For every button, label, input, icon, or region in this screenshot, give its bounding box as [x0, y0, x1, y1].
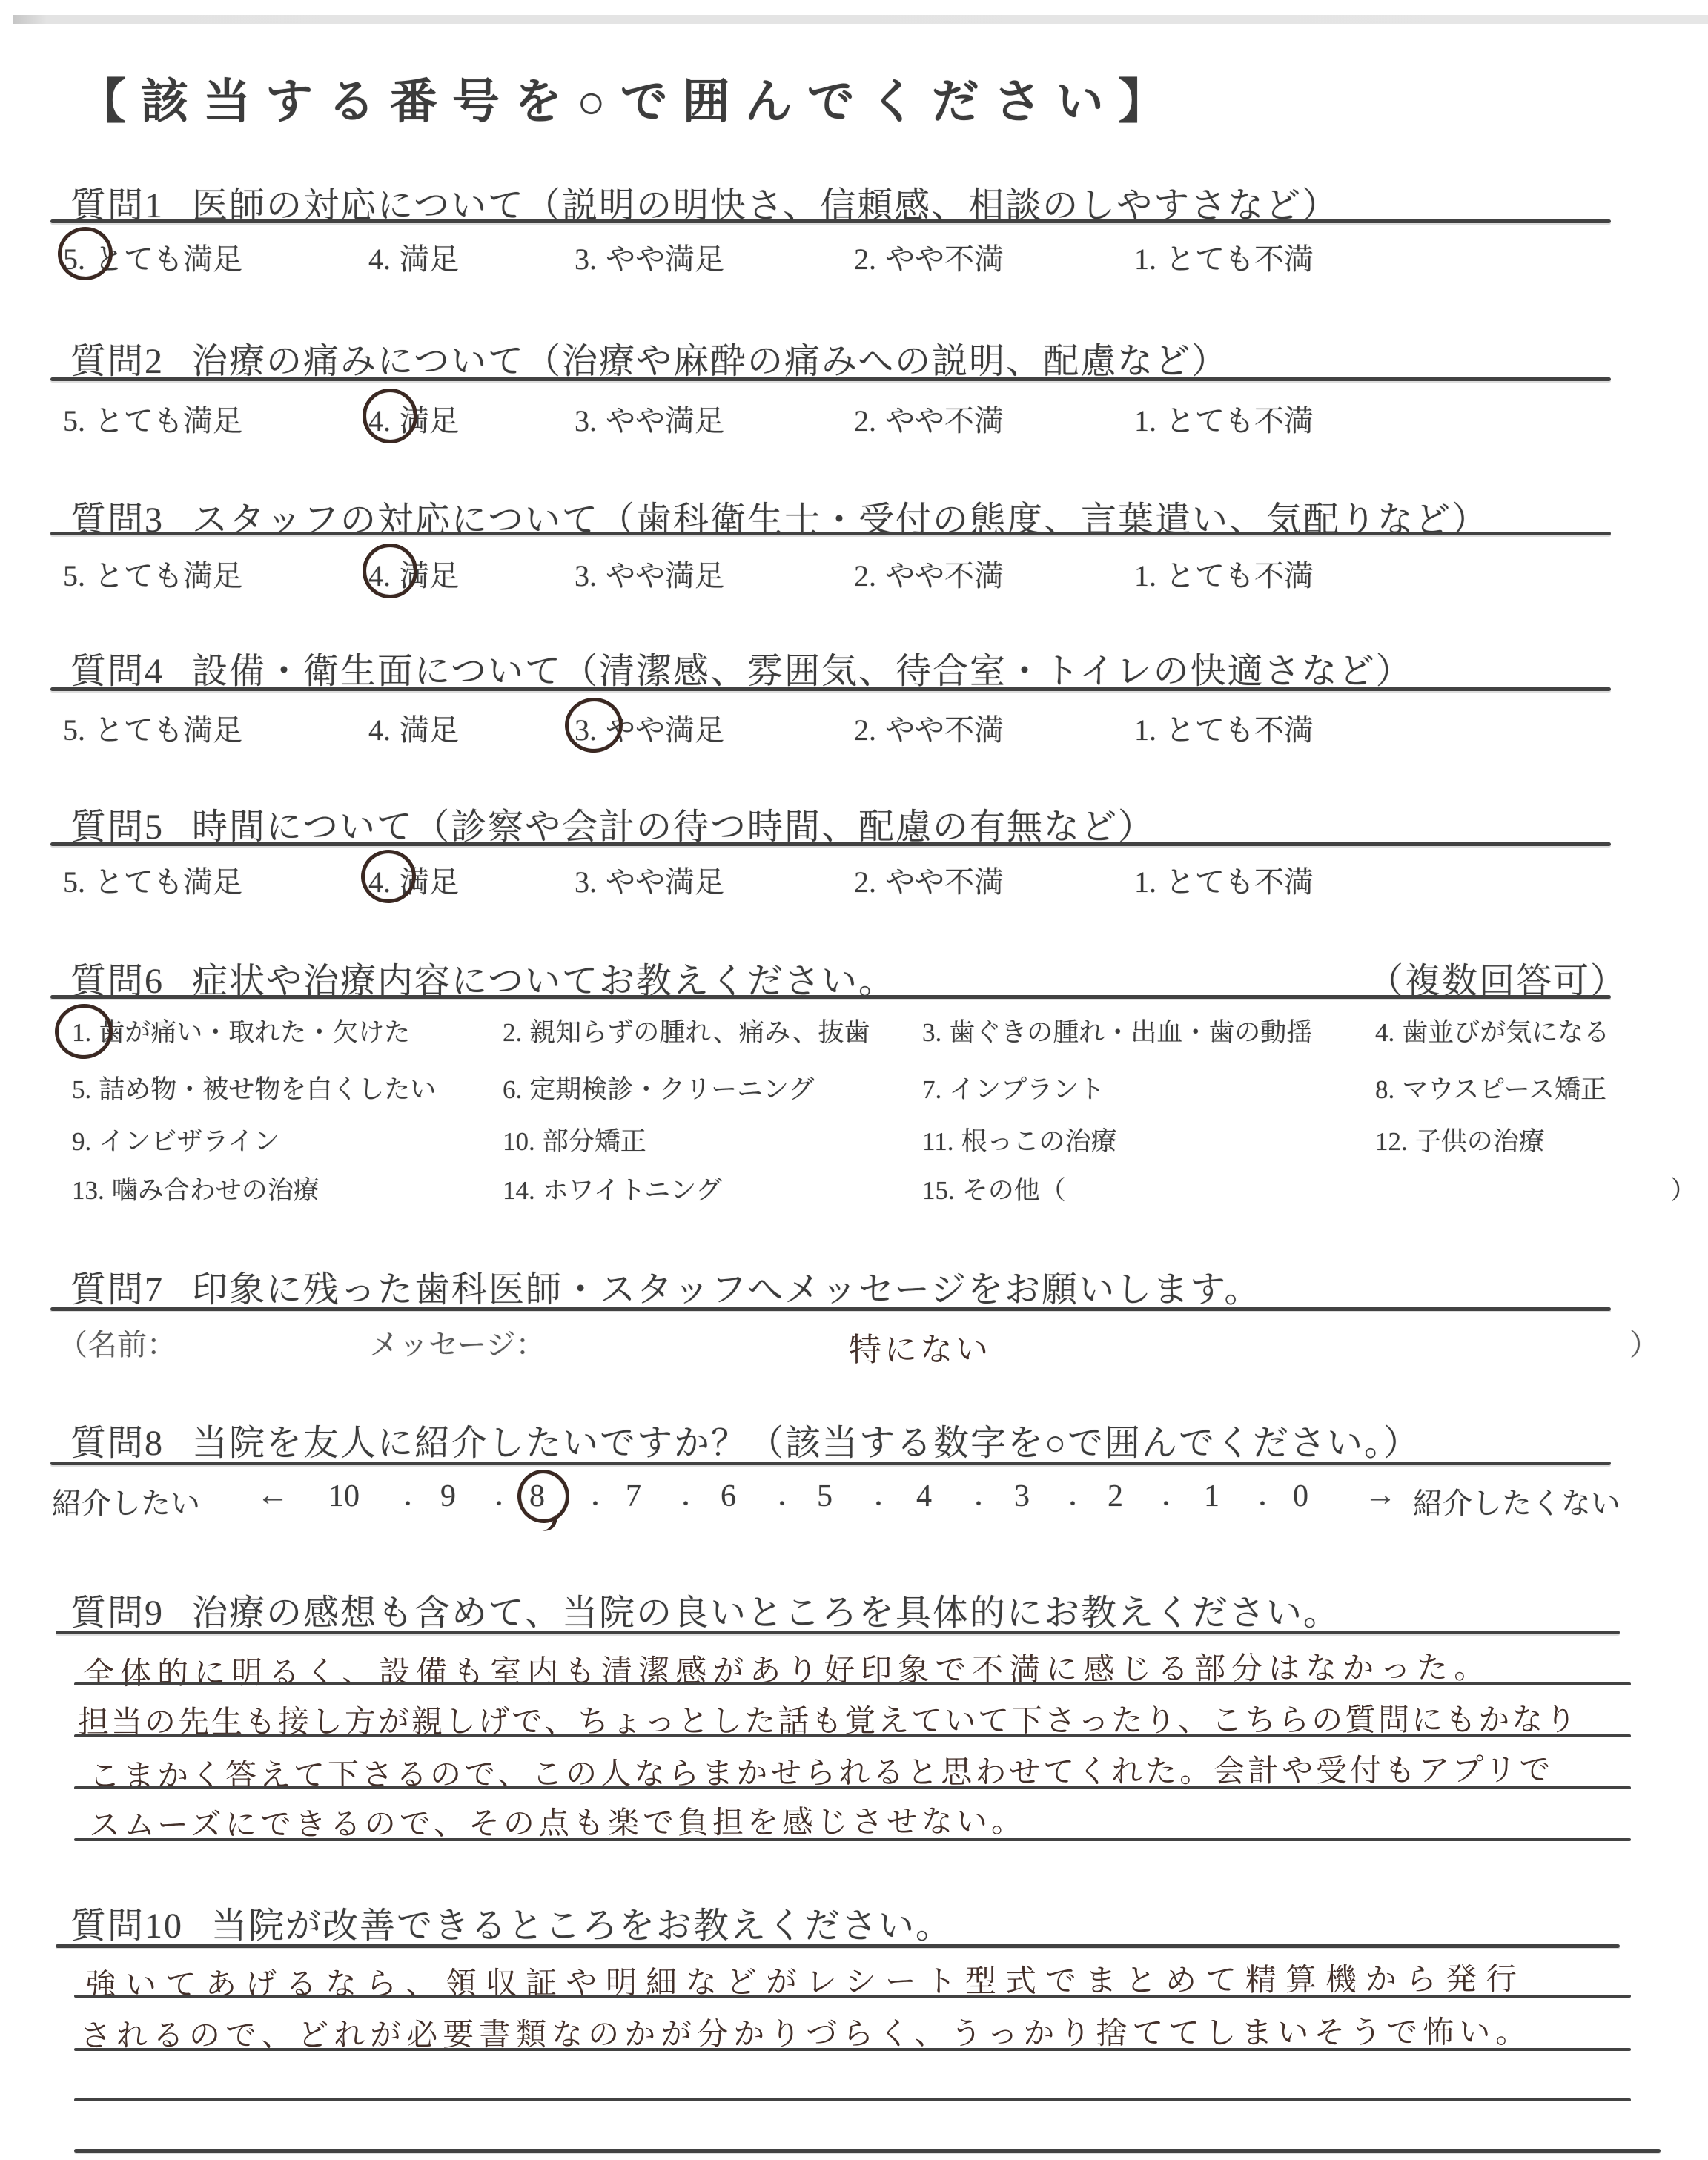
- item-number: 7.: [922, 1075, 941, 1104]
- option-number: 1.: [1134, 559, 1156, 592]
- question2-heading: 質問2治療の痛みについて（治療や麻酔の痛みへの説明、配慮など）: [70, 332, 1228, 383]
- q7-message-label: メッセージ：: [369, 1321, 546, 1364]
- writing-line: [74, 1995, 1631, 1998]
- item-label: 根っこの治療: [961, 1127, 1116, 1156]
- writing-line: [74, 1682, 1631, 1685]
- dot-separator: ・: [584, 1486, 606, 1519]
- option-number: 2.: [854, 559, 876, 592]
- q6-item-3: 3.歯ぐきの腫れ・出血・歯の動揺: [922, 1012, 1312, 1049]
- item-label: その他（: [962, 1176, 1066, 1205]
- question1-option-3: 3.やや満足: [575, 236, 724, 278]
- q8-number-4: 4: [916, 1479, 932, 1514]
- page-title: 【該当する番号を○で囲んでください】: [79, 64, 1181, 132]
- dot-separator: ・: [1251, 1486, 1274, 1519]
- scan-artifact-band: [13, 15, 1708, 24]
- question1-divider: [50, 219, 1611, 223]
- q6-item-8: 8.マウスピース矯正: [1375, 1069, 1606, 1106]
- writing-line: [74, 1838, 1631, 1841]
- dot-separator: ・: [675, 1486, 697, 1519]
- pen-circle-q6-item1: [53, 1002, 115, 1062]
- question8-number: 質問8: [70, 1424, 164, 1463]
- item-label: 噛み合わせの治療: [112, 1176, 320, 1205]
- q8-left-label: 紹介したい: [52, 1480, 200, 1522]
- option-label: 満足: [400, 713, 459, 747]
- q8-number-0: 0: [1293, 1479, 1308, 1514]
- option-label: 満足: [400, 242, 459, 276]
- q7-name-label: （名前：: [58, 1321, 176, 1364]
- option-number: 3.: [575, 559, 597, 592]
- question4-divider: [50, 687, 1611, 691]
- question9-number: 質問9: [70, 1593, 164, 1633]
- question5-option-5: 5.とても満足: [63, 859, 242, 901]
- option-number: 5.: [63, 713, 85, 747]
- option-label: やや満足: [606, 242, 724, 276]
- item-number: 10.: [503, 1127, 535, 1156]
- q6-item-1: 1.歯が痛い・取れた・欠けた: [72, 1012, 410, 1049]
- question10-number: 質問10: [70, 1906, 183, 1946]
- question7-heading: 質問7印象に残った歯科医師・スタッフへメッセージをお願いします。: [70, 1261, 1261, 1312]
- item-number: 3.: [922, 1018, 941, 1047]
- item-number: 11.: [922, 1127, 953, 1156]
- option-label: とても不満: [1165, 713, 1314, 747]
- q6-item-12: 12.子供の治療: [1375, 1121, 1545, 1158]
- question2-divider: [50, 377, 1611, 381]
- question5-divider: [50, 842, 1611, 846]
- q7-close-paren: ）: [1629, 1321, 1659, 1364]
- option-number: 2.: [854, 404, 876, 437]
- q8-number-7: 7: [626, 1479, 641, 1514]
- item-label: 部分矯正: [543, 1127, 646, 1156]
- option-label: やや不満: [885, 242, 1004, 276]
- option-number: 2.: [854, 242, 876, 276]
- item-number: 6.: [503, 1075, 522, 1104]
- question4-heading: 質問4設備・衛生面について（清潔感、雰囲気、待合室・トイレの快適さなど）: [70, 642, 1413, 693]
- item-number: 5.: [72, 1075, 91, 1104]
- writing-line: [74, 1786, 1631, 1789]
- item-label: ホワイトニング: [543, 1176, 722, 1205]
- question4-number: 質問4: [70, 652, 164, 691]
- writing-line: [74, 2048, 1631, 2051]
- question10-divider: [56, 1944, 1620, 1948]
- item-number: 8.: [1375, 1075, 1394, 1104]
- question9-divider: [56, 1631, 1620, 1634]
- option-label: やや不満: [885, 559, 1004, 592]
- question3-option-1: 1.とても不満: [1134, 552, 1314, 595]
- q6-item-13: 13.噛み合わせの治療: [72, 1170, 320, 1207]
- q6-item-4: 4.歯並びが気になる: [1375, 1012, 1609, 1049]
- dot-separator: ・: [397, 1486, 419, 1519]
- q6-item-9: 9.インビザライン: [72, 1121, 279, 1158]
- q6-item-6: 6.定期検診・クリーニング: [503, 1069, 815, 1106]
- item-label: 歯ぐきの腫れ・出血・歯の動揺: [949, 1018, 1312, 1047]
- q6-item-7: 7.インプラント: [922, 1069, 1105, 1106]
- dot-separator: ・: [1062, 1486, 1084, 1519]
- option-label: とても不満: [1165, 559, 1314, 592]
- question9-heading: 質問9治療の感想も含めて、当院の良いところを具体的にお教えください。: [70, 1584, 1340, 1635]
- item-number: 12.: [1375, 1127, 1408, 1156]
- survey-scan-page: 【該当する番号を○で囲んでください】 質問1医師の対応について（説明の明快さ、信…: [0, 0, 1708, 2160]
- question3-option-5: 5.とても満足: [63, 552, 242, 595]
- item-label: 詰め物・被せ物を白くしたい: [99, 1075, 436, 1104]
- question4-option-2: 2.やや不満: [854, 707, 1004, 749]
- item-number: 2.: [503, 1018, 522, 1047]
- dot-separator: ・: [867, 1486, 890, 1519]
- q8-number-3: 3: [1014, 1479, 1030, 1514]
- option-number: 1.: [1134, 242, 1156, 276]
- question5-number: 質問5: [70, 807, 164, 847]
- question1-option-1: 1.とても不満: [1134, 236, 1314, 278]
- item-number: 13.: [72, 1176, 105, 1205]
- writing-line: [74, 2098, 1631, 2101]
- option-number: 1.: [1134, 865, 1156, 899]
- question7-number: 質問7: [70, 1270, 164, 1309]
- option-label: やや不満: [885, 713, 1004, 747]
- q6-item-11: 11.根っこの治療: [922, 1121, 1116, 1158]
- dot-separator: ・: [1155, 1486, 1177, 1519]
- q6-item-14: 14.ホワイトニング: [503, 1170, 722, 1207]
- option-label: やや不満: [885, 865, 1004, 899]
- option-number: 2.: [854, 713, 876, 747]
- question4-title: 設備・衛生面について（清潔感、雰囲気、待合室・トイレの快適さなど）: [192, 652, 1413, 691]
- question5-option-1: 1.とても不満: [1134, 859, 1314, 901]
- question2-option-5: 5.とても満足: [63, 397, 242, 440]
- right-arrow-icon: →: [1364, 1476, 1397, 1513]
- q8-number-10: 10: [328, 1479, 360, 1514]
- item-number: 15.: [922, 1176, 955, 1205]
- question7-title: 印象に残った歯科医師・スタッフへメッセージをお願いします。: [192, 1270, 1261, 1309]
- option-label: やや満足: [606, 559, 724, 592]
- item-number: 4.: [1375, 1018, 1394, 1047]
- question2-option-2: 2.やや不満: [854, 397, 1004, 440]
- question10-title: 当院が改善できるところをお教えください。: [211, 1906, 953, 1946]
- question4-option-5: 5.とても満足: [63, 707, 242, 749]
- option-label: とても不満: [1165, 404, 1314, 437]
- option-number: 5.: [63, 559, 85, 592]
- option-label: とても満足: [94, 404, 242, 437]
- item-label: インプラント: [949, 1075, 1105, 1104]
- q6-other-close-paren: ）: [1670, 1170, 1696, 1207]
- question2-option-3: 3.やや満足: [575, 397, 724, 440]
- question7-divider: [50, 1307, 1611, 1311]
- q6-item-10: 10.部分矯正: [503, 1121, 646, 1158]
- option-label: やや満足: [606, 865, 724, 899]
- option-number: 4.: [368, 242, 391, 276]
- question9-title: 治療の感想も含めて、当院の良いところを具体的にお教えください。: [192, 1593, 1340, 1633]
- option-label: とても満足: [94, 713, 242, 747]
- question5-option-3: 3.やや満足: [575, 859, 724, 901]
- dot-separator: ・: [967, 1486, 990, 1519]
- question2-title: 治療の痛みについて（治療や麻酔の痛みへの説明、配慮など）: [192, 342, 1228, 381]
- q8-number-2: 2: [1108, 1479, 1123, 1514]
- bottom-rule: [74, 2149, 1661, 2153]
- q9-handwriting-line-1: 全体的に明るく、設備も室内も清潔感があり好印象で不満に感じる部分はなかった。: [83, 1643, 1491, 1694]
- item-label: 歯並びが気になる: [1402, 1018, 1609, 1047]
- q6-item-15: 15.その他（: [922, 1170, 1066, 1207]
- question4-option-1: 1.とても不満: [1134, 707, 1314, 749]
- option-label: とても不満: [1165, 242, 1314, 276]
- question3-option-2: 2.やや不満: [854, 552, 1004, 595]
- question3-divider: [50, 532, 1611, 535]
- option-number: 2.: [854, 865, 876, 899]
- question2-number: 質問2: [70, 342, 164, 381]
- question2-option-1: 1.とても不満: [1134, 397, 1314, 440]
- q8-right-label: 紹介したくない: [1413, 1480, 1621, 1522]
- item-label: 子供の治療: [1415, 1127, 1545, 1156]
- option-number: 1.: [1134, 404, 1156, 437]
- option-number: 3.: [575, 404, 597, 437]
- option-label: とても不満: [1165, 865, 1314, 899]
- q8-number-1: 1: [1204, 1479, 1219, 1514]
- option-number: 5.: [63, 865, 85, 899]
- option-number: 1.: [1134, 713, 1156, 747]
- left-arrow-icon: ←: [256, 1476, 289, 1513]
- dot-separator: ・: [771, 1486, 793, 1519]
- item-label: インビザライン: [99, 1127, 279, 1156]
- question6-divider: [50, 995, 1611, 999]
- q7-handwritten-message: 特にない: [849, 1323, 991, 1371]
- question5-title: 時間について（診察や会計の待つ時間、配慮の有無など）: [192, 807, 1155, 847]
- writing-line: [74, 1734, 1631, 1737]
- item-number: 9.: [72, 1127, 91, 1156]
- question1-option-4: 4.満足: [368, 236, 459, 278]
- option-number: 4.: [368, 713, 391, 747]
- question4-option-4: 4.満足: [368, 707, 459, 749]
- q8-number-5: 5: [817, 1479, 833, 1514]
- question8-divider: [50, 1462, 1611, 1465]
- question3-option-3: 3.やや満足: [575, 552, 724, 595]
- option-label: とても満足: [94, 559, 242, 592]
- option-label: やや不満: [885, 404, 1004, 437]
- item-number: 14.: [503, 1176, 535, 1205]
- q8-number-9: 9: [440, 1479, 456, 1514]
- question8-title: 当院を友人に紹介したいですか？（該当する数字を○で囲んでください。）: [192, 1424, 1420, 1463]
- option-label: やや満足: [606, 404, 724, 437]
- question5-heading: 質問5時間について（診察や会計の待つ時間、配慮の有無など）: [70, 798, 1155, 849]
- question10-heading: 質問10当院が改善できるところをお教えください。: [70, 1897, 953, 1948]
- dot-separator: ・: [488, 1486, 510, 1519]
- q8-number-6: 6: [721, 1479, 736, 1514]
- q6-item-5: 5.詰め物・被せ物を白くしたい: [72, 1069, 436, 1106]
- option-label: やや満足: [606, 713, 724, 747]
- option-label: とても満足: [94, 242, 242, 276]
- question5-option-2: 2.やや不満: [854, 859, 1004, 901]
- item-label: 歯が痛い・取れた・欠けた: [99, 1018, 410, 1047]
- option-label: とても満足: [94, 865, 242, 899]
- item-label: マウスピース矯正: [1402, 1075, 1606, 1104]
- item-label: 親知らずの腫れ、痛み、抜歯: [529, 1018, 870, 1047]
- option-number: 3.: [575, 242, 597, 276]
- question8-heading: 質問8当院を友人に紹介したいですか？（該当する数字を○で囲んでください。）: [70, 1414, 1420, 1465]
- question1-option-2: 2.やや不満: [854, 236, 1004, 278]
- option-number: 5.: [63, 404, 85, 437]
- item-label: 定期検診・クリーニング: [529, 1075, 814, 1104]
- q6-item-2: 2.親知らずの腫れ、痛み、抜歯: [503, 1012, 870, 1049]
- option-number: 3.: [575, 865, 597, 899]
